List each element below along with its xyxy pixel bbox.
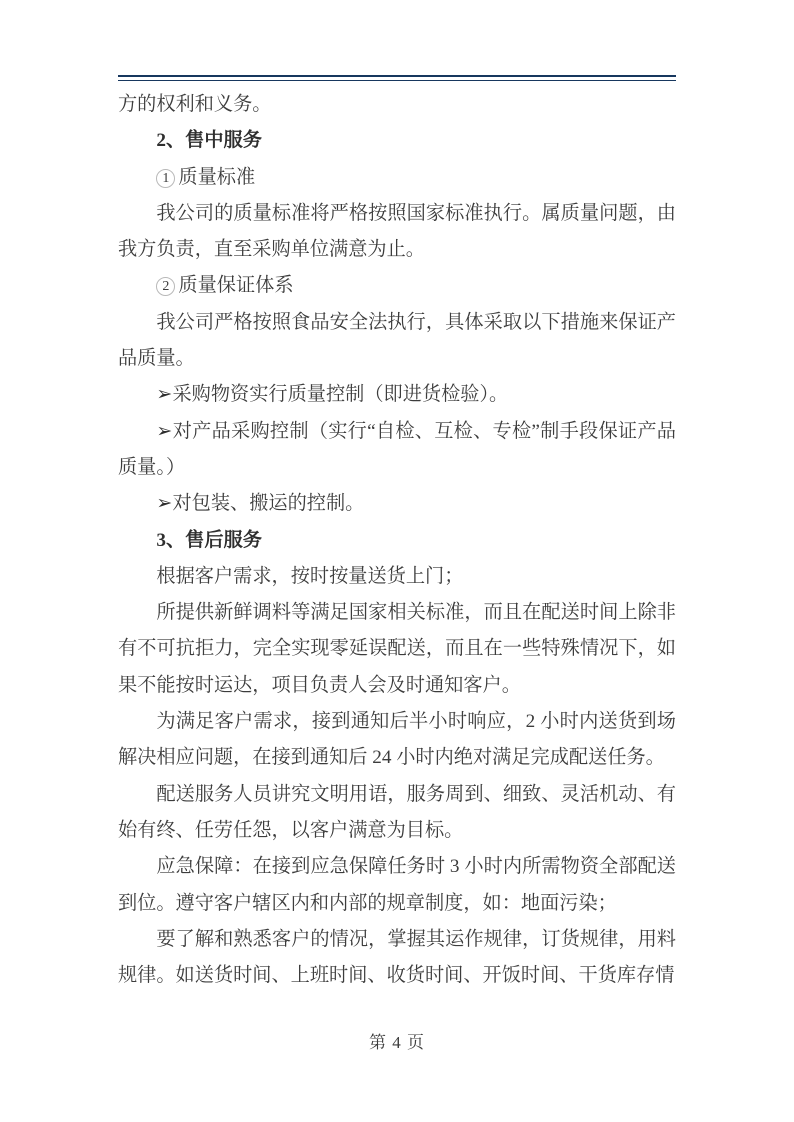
paragraph: 配送服务人员讲究文明用语，服务周到、细致、灵活机动、有始有终、任劳任怨，以客户满… (118, 777, 676, 850)
paragraph: 所提供新鲜调料等满足国家相关标准，而且在配送时间上除非有不可抗拒力，完全实现零延… (118, 595, 676, 704)
section-heading: 2、售中服务 (118, 123, 676, 159)
circled-number-icon: 1 (156, 169, 175, 188)
paragraph: 我公司严格按照食品安全法执行，具体采取以下措施来保证产品质量。 (118, 305, 676, 378)
numbered-item-label: 质量标准 (178, 167, 255, 188)
paragraph: 我公司的质量标准将严格按照国家标准执行。属质量问题，由我方负责，直至采购单位满意… (118, 196, 676, 269)
circled-number-icon: 2 (156, 277, 175, 296)
bullet-item: ➢对产品采购控制（实行“自检、互检、专检”制手段保证产品质量。） (118, 414, 676, 487)
document-body: 方的权利和义务。 2、售中服务 1质量标准 我公司的质量标准将严格按照国家标准执… (118, 87, 676, 994)
paragraph: 根据客户需求，按时按量送货上门； (118, 559, 676, 595)
section-heading: 3、售后服务 (118, 523, 676, 559)
paragraph: 方的权利和义务。 (118, 87, 676, 123)
paragraph: 要了解和熟悉客户的情况，掌握其运作规律，订货规律，用料规律。如送货时间、上班时间… (118, 922, 676, 995)
arrow-bullet-icon: ➢ (156, 384, 172, 405)
arrow-bullet-icon: ➢ (156, 493, 172, 514)
bullet-item: ➢采购物资实行质量控制（即进货检验）。 (118, 377, 676, 413)
paragraph: 应急保障：在接到应急保障任务时 3 小时内所需物资全部配送到位。遵守客户辖区内和… (118, 849, 676, 922)
page-number: 第 4 页 (369, 1033, 425, 1052)
bullet-item-label: 对产品采购控制（实行“自检、互检、专检”制手段保证产品质量。） (118, 421, 676, 478)
bullet-item-label: 采购物资实行质量控制（即进货检验）。 (172, 384, 508, 405)
numbered-item-label: 质量保证体系 (178, 275, 293, 296)
numbered-item: 1质量标准 (118, 160, 676, 196)
page-footer: 第 4 页 (0, 1028, 794, 1053)
bullet-item-label: 对包装、搬运的控制。 (172, 493, 364, 514)
arrow-bullet-icon: ➢ (156, 421, 172, 442)
bullet-item: ➢对包装、搬运的控制。 (118, 486, 676, 522)
paragraph: 为满足客户需求，接到通知后半小时响应，2 小时内送货到场解决相应问题，在接到通知… (118, 704, 676, 777)
header-rule (118, 75, 676, 81)
document-page: 方的权利和义务。 2、售中服务 1质量标准 我公司的质量标准将严格按照国家标准执… (0, 0, 794, 1122)
numbered-item: 2质量保证体系 (118, 268, 676, 304)
